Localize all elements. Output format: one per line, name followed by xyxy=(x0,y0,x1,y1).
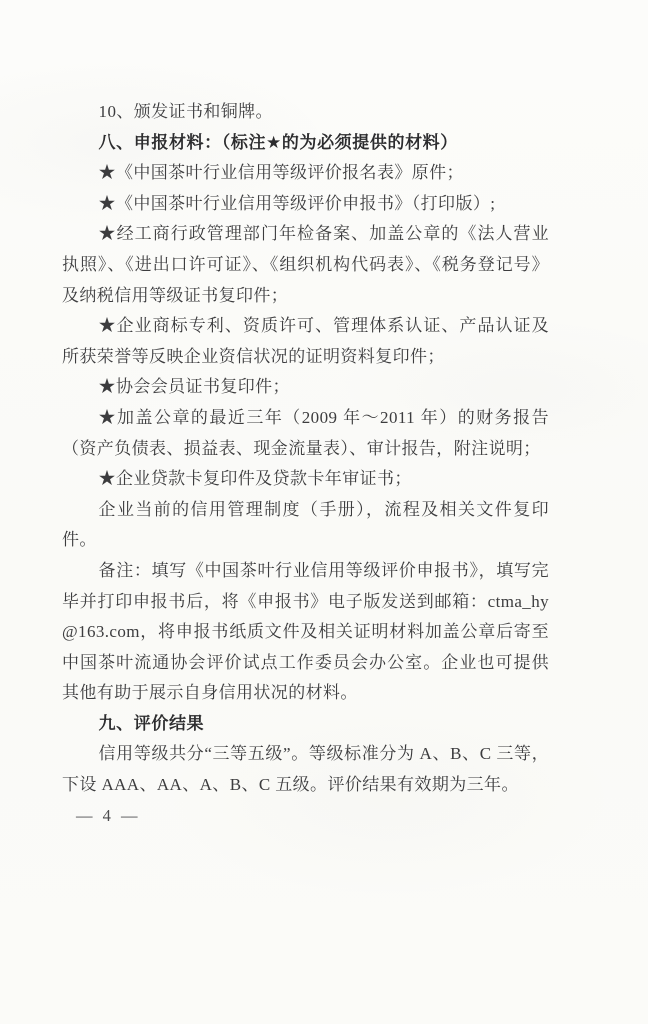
paragraph-certificate-plaque: 10、颁发证书和铜牌。 xyxy=(62,97,549,128)
item-loan-card: ★企业贷款卡复印件及贷款卡年审证书； xyxy=(62,464,549,495)
item-business-license-copies: ★经工商行政管理部门年检备案、加盖公章的《法人营业执照》、《进出口许可证》、《组… xyxy=(62,219,549,311)
item-application-book: ★《中国茶叶行业信用等级评价申报书》（打印版）; xyxy=(62,189,549,220)
paragraph-rating-levels: 信用等级共分“三等五级”。等级标准分为 A、B、C 三等，下设 AAA、AA、A… xyxy=(62,739,549,800)
section-heading-application-materials: 八、申报材料：（标注★的为必须提供的材料） xyxy=(62,128,549,159)
section-heading-evaluation-results: 九、评价结果 xyxy=(62,709,549,740)
item-credit-management-system: 企业当前的信用管理制度（手册），流程及相关文件复印件。 xyxy=(62,495,549,556)
paragraph-remarks: 备注：填写《中国茶叶行业信用等级评价申报书》，填写完毕并打印申报书后，将《申报书… xyxy=(62,556,549,709)
page-number: — 4 — xyxy=(76,806,141,826)
item-registration-form: ★《中国茶叶行业信用等级评价报名表》原件； xyxy=(62,158,549,189)
document-body: 10、颁发证书和铜牌。 八、申报材料：（标注★的为必须提供的材料） ★《中国茶叶… xyxy=(62,97,549,801)
item-membership-certificate: ★协会会员证书复印件； xyxy=(62,372,549,403)
item-financial-reports: ★加盖公章的最近三年（2009 年～2011 年）的财务报告（资产负债表、损益表… xyxy=(62,403,549,464)
document-page: 10、颁发证书和铜牌。 八、申报材料：（标注★的为必须提供的材料） ★《中国茶叶… xyxy=(0,0,648,1024)
item-trademark-certifications: ★企业商标专利、资质许可、管理体系认证、产品认证及所获荣誉等反映企业资信状况的证… xyxy=(62,311,549,372)
